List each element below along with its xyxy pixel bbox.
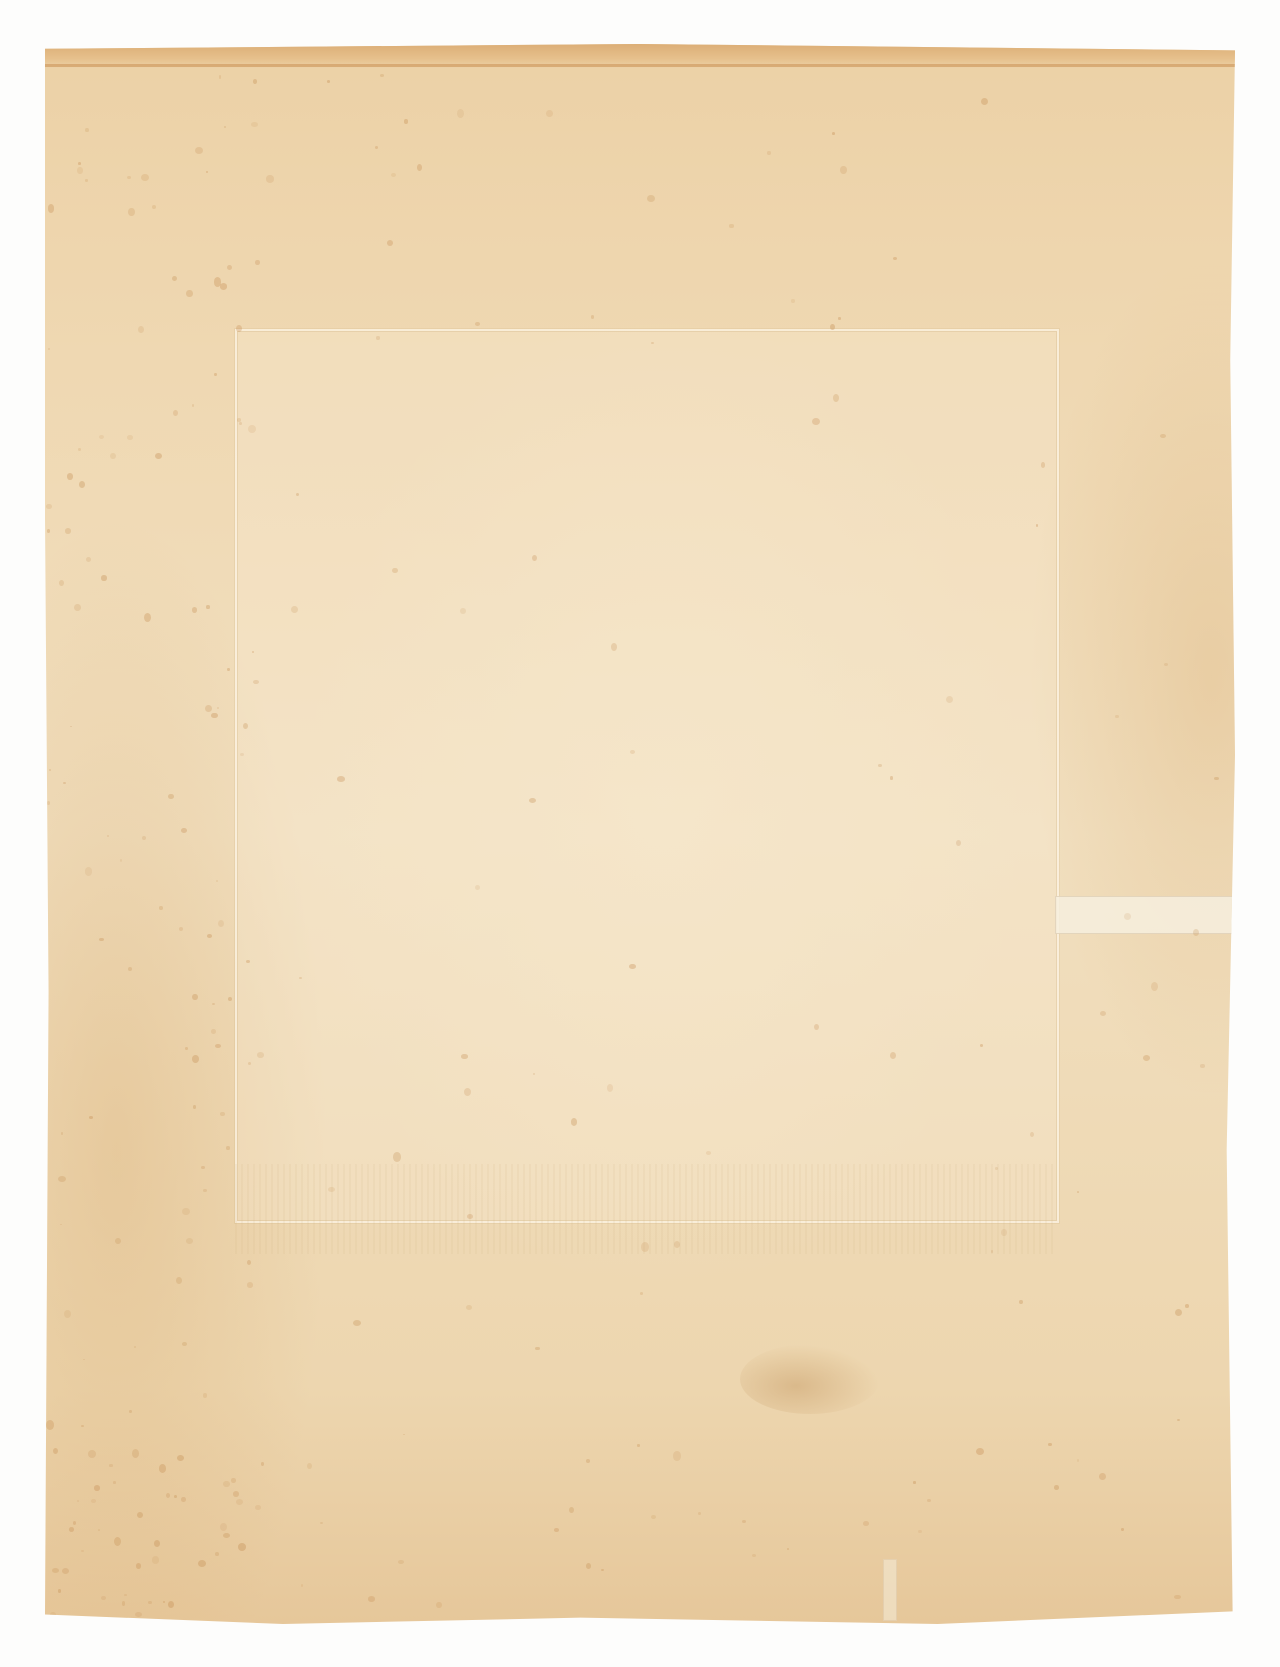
foxing-spot — [647, 195, 655, 202]
foxing-spot — [391, 173, 396, 177]
foxing-spot — [742, 1520, 746, 1523]
foxing-spot — [114, 1537, 121, 1546]
foxing-spot — [398, 1560, 404, 1564]
foxing-spot — [58, 1589, 62, 1593]
foxing-spot — [215, 1044, 221, 1049]
foxing-spot — [144, 613, 151, 622]
foxing-spot — [217, 707, 219, 709]
tape-remnant-bottom — [883, 1559, 897, 1621]
foxing-spot — [927, 1499, 931, 1502]
foxing-spot — [296, 493, 299, 496]
foxing-spot — [228, 997, 232, 1001]
foxing-spot — [216, 880, 219, 882]
foxing-spot — [193, 1105, 197, 1109]
foxing-spot — [63, 782, 65, 784]
foxing-spot — [206, 171, 209, 173]
foxing-spot — [129, 1410, 132, 1414]
foxing-spot — [166, 1493, 170, 1498]
foxing-spot — [115, 1238, 121, 1244]
foxing-spot — [128, 208, 135, 216]
foxing-spot — [832, 132, 836, 135]
foxing-spot — [99, 435, 104, 439]
foxing-spot — [122, 1601, 125, 1605]
foxing-spot — [475, 322, 479, 326]
foxing-spot — [301, 1584, 303, 1586]
foxing-spot — [137, 1512, 143, 1518]
foxing-spot — [393, 1152, 401, 1162]
foxing-spot — [65, 528, 71, 534]
foxing-spot — [1077, 1191, 1079, 1193]
foxing-spot — [206, 605, 209, 609]
foxing-spot — [571, 1118, 578, 1126]
plate-mark-hatching — [235, 1164, 1055, 1254]
foxing-spot — [98, 1529, 101, 1531]
foxing-spot — [1151, 982, 1158, 991]
foxing-spot — [1077, 1459, 1079, 1462]
foxing-spot — [192, 607, 197, 612]
foxing-spot — [159, 906, 162, 910]
foxing-spot — [181, 828, 187, 833]
foxing-spot — [172, 276, 178, 282]
foxing-spot — [47, 529, 51, 533]
foxing-spot — [81, 1550, 84, 1552]
foxing-spot — [247, 1260, 251, 1265]
foxing-spot — [86, 557, 91, 562]
foxing-spot — [569, 1507, 574, 1513]
foxing-spot — [838, 317, 841, 319]
foxing-spot — [70, 726, 72, 727]
foxing-spot — [135, 1612, 142, 1617]
foxing-spot — [152, 1556, 160, 1564]
foxing-spot — [231, 1478, 235, 1483]
foxing-spot — [1143, 1055, 1151, 1061]
foxing-spot — [211, 1029, 215, 1034]
foxing-spot — [1177, 1419, 1180, 1421]
foxing-spot — [182, 1208, 189, 1215]
foxing-spot — [74, 604, 81, 611]
foxing-spot — [168, 1601, 174, 1608]
foxing-spot — [946, 696, 953, 703]
foxing-spot — [586, 1459, 590, 1463]
foxing-spot — [227, 265, 232, 270]
foxing-spot — [205, 705, 212, 712]
foxing-spot — [192, 994, 197, 1000]
foxing-spot — [182, 1342, 187, 1346]
foxing-spot — [218, 920, 224, 927]
foxing-spot — [110, 453, 116, 459]
foxing-spot — [651, 1515, 656, 1519]
foxing-spot — [174, 1495, 176, 1498]
water-stain — [740, 1344, 880, 1414]
foxing-spot — [101, 1596, 105, 1600]
foxing-spot — [436, 1602, 442, 1608]
foxing-spot — [73, 1521, 76, 1525]
foxing-spot — [1214, 777, 1219, 781]
foxing-spot — [890, 776, 893, 779]
foxing-spot — [1019, 1300, 1023, 1304]
foxing-spot — [181, 1497, 186, 1503]
foxing-spot — [215, 1552, 219, 1556]
foxing-spot — [246, 960, 250, 963]
foxing-spot — [1030, 1132, 1034, 1137]
foxing-spot — [1115, 715, 1118, 718]
foxing-spot — [83, 1359, 85, 1361]
foxing-spot — [220, 1523, 227, 1531]
foxing-spot — [138, 326, 144, 333]
foxing-spot — [1048, 1443, 1051, 1446]
foxing-spot — [554, 1528, 559, 1532]
top-fold-seam — [45, 64, 1235, 67]
foxing-spot — [586, 1563, 591, 1569]
foxing-spot — [976, 1448, 984, 1455]
foxing-spot — [59, 580, 64, 586]
foxing-spot — [60, 1224, 62, 1225]
foxing-spot — [212, 1003, 215, 1005]
foxing-spot — [155, 453, 162, 459]
foxing-spot — [109, 1464, 112, 1467]
paper-sheet — [45, 44, 1235, 1624]
foxing-spot — [195, 147, 203, 154]
plate-mark — [235, 329, 1059, 1223]
foxing-spot — [299, 977, 302, 979]
foxing-spot — [163, 1601, 165, 1603]
foxing-spot — [233, 1491, 239, 1496]
foxing-spot — [58, 1176, 66, 1182]
foxing-spot — [328, 1187, 335, 1192]
foxing-spot — [752, 1554, 756, 1557]
foxing-spot — [252, 651, 255, 653]
foxing-spot — [387, 240, 393, 246]
foxing-spot — [1174, 1595, 1180, 1599]
foxing-spot — [791, 299, 794, 302]
foxing-spot — [99, 938, 104, 942]
foxing-spot — [52, 1568, 59, 1573]
foxing-spot — [457, 109, 464, 118]
foxing-spot — [327, 80, 330, 83]
foxing-spot — [1200, 1064, 1205, 1067]
foxing-spot — [255, 1505, 261, 1510]
foxing-spot — [224, 126, 226, 128]
foxing-spot — [61, 1132, 64, 1135]
foxing-spot — [913, 1481, 916, 1483]
foxing-spot — [46, 504, 51, 509]
foxing-spot — [173, 410, 178, 417]
foxing-spot — [227, 668, 230, 671]
foxing-spot — [85, 128, 88, 132]
foxing-spot — [128, 967, 132, 971]
foxing-spot — [91, 1499, 96, 1503]
foxing-spot — [320, 1522, 323, 1524]
foxing-spot — [236, 1499, 243, 1505]
foxing-spot — [237, 418, 241, 421]
foxing-spot — [729, 224, 733, 227]
foxing-spot — [673, 1451, 680, 1461]
foxing-spot — [1121, 1528, 1125, 1531]
foxing-spot — [375, 146, 378, 150]
foxing-spot — [461, 1054, 467, 1058]
foxing-spot — [611, 643, 617, 651]
foxing-spot — [812, 418, 820, 425]
foxing-spot — [995, 1167, 998, 1171]
foxing-spot — [69, 1527, 75, 1532]
foxing-spot — [640, 1292, 643, 1295]
foxing-spot — [81, 1425, 84, 1427]
tape-remnant-right — [1055, 896, 1237, 934]
foxing-spot — [601, 1569, 604, 1571]
foxing-spot — [637, 1444, 640, 1446]
foxing-spot — [376, 336, 379, 339]
foxing-spot — [50, 1612, 55, 1618]
foxing-spot — [546, 110, 553, 117]
foxing-spot — [1164, 663, 1168, 666]
foxing-spot — [186, 290, 193, 298]
foxing-spot — [307, 1463, 312, 1469]
foxing-spot — [176, 1277, 183, 1285]
foxing-spot — [132, 1449, 139, 1458]
foxing-spot — [1054, 1485, 1059, 1489]
foxing-spot — [207, 934, 212, 938]
foxing-spot — [214, 373, 217, 376]
foxing-spot — [89, 1116, 93, 1119]
foxing-spot — [266, 175, 273, 182]
foxing-spot — [101, 575, 106, 580]
foxing-spot — [261, 1462, 264, 1466]
foxing-spot — [238, 1543, 246, 1551]
foxing-spot — [787, 1548, 790, 1550]
foxing-spot — [698, 1512, 701, 1515]
foxing-spot — [863, 1521, 870, 1526]
foxing-spot — [85, 867, 93, 875]
foxing-spot — [48, 204, 55, 213]
foxing-spot — [127, 435, 133, 439]
foxing-spot — [203, 1189, 207, 1192]
foxing-spot — [368, 1596, 375, 1602]
foxing-spot — [154, 1540, 160, 1547]
foxing-spot — [107, 835, 109, 837]
foxing-spot — [127, 176, 131, 179]
foxing-spot — [203, 1393, 208, 1398]
foxing-spot — [239, 422, 242, 425]
foxing-spot — [223, 1481, 230, 1488]
foxing-spot — [159, 1464, 166, 1472]
foxing-spot — [49, 769, 51, 772]
foxing-spot — [177, 1455, 184, 1461]
foxing-spot — [220, 1112, 224, 1116]
foxing-spot — [403, 1434, 405, 1436]
foxing-spot — [535, 1347, 540, 1351]
foxing-spot — [1100, 1011, 1106, 1016]
foxing-spot — [533, 1073, 535, 1075]
foxing-spot — [211, 713, 217, 719]
foxing-spot — [185, 1047, 188, 1050]
foxing-spot — [417, 164, 423, 171]
foxing-spot — [77, 167, 82, 174]
foxing-spot — [591, 315, 594, 319]
foxing-spot — [142, 836, 146, 840]
foxing-spot — [46, 1420, 54, 1430]
foxing-spot — [120, 859, 122, 862]
foxing-spot — [141, 174, 149, 181]
foxing-spot — [464, 1088, 471, 1096]
foxing-spot — [78, 162, 81, 165]
foxing-spot — [67, 473, 74, 480]
foxing-spot — [255, 260, 260, 265]
foxing-spot — [1099, 1473, 1106, 1480]
foxing-spot — [179, 927, 183, 931]
foxing-spot — [219, 75, 222, 78]
foxing-spot — [466, 1305, 472, 1311]
foxing-spot — [257, 1052, 264, 1058]
foxing-spot — [94, 1485, 100, 1490]
foxing-spot — [460, 608, 466, 614]
foxing-spot — [1001, 1229, 1007, 1235]
foxing-spot — [337, 776, 345, 782]
foxing-spot — [1193, 929, 1200, 937]
foxing-spot — [840, 166, 846, 174]
foxing-spot — [124, 1594, 126, 1596]
foxing-spot — [201, 1166, 205, 1170]
foxing-spot — [192, 404, 194, 407]
foxing-spot — [630, 750, 635, 754]
foxing-spot — [253, 79, 257, 84]
foxing-spot — [247, 1282, 254, 1288]
foxing-spot — [62, 1568, 69, 1574]
foxing-spot — [893, 257, 897, 260]
foxing-spot — [830, 324, 835, 330]
foxing-spot — [220, 283, 227, 289]
foxing-spot — [1175, 1309, 1182, 1316]
foxing-spot — [85, 179, 89, 182]
foxing-spot — [353, 1320, 361, 1326]
foxing-spot — [981, 98, 988, 105]
foxing-spot — [136, 1563, 141, 1569]
foxing-spot — [88, 1450, 96, 1458]
foxing-spot — [192, 1055, 199, 1063]
foxing-spot — [890, 1052, 896, 1059]
foxing-spot — [404, 119, 408, 123]
foxing-spot — [651, 342, 653, 344]
foxing-spot — [767, 151, 771, 154]
foxing-spot — [79, 481, 85, 488]
foxing-spot — [1185, 1304, 1189, 1308]
foxing-spot — [641, 1242, 649, 1252]
foxing-spot — [198, 1560, 206, 1567]
foxing-spot — [380, 74, 384, 77]
foxing-spot — [833, 394, 839, 402]
foxing-spot — [251, 122, 258, 127]
foxing-spot — [226, 1146, 230, 1149]
foxing-spot — [223, 1533, 230, 1538]
foxing-spot — [152, 205, 156, 209]
foxing-spot — [168, 794, 174, 800]
foxing-spot — [64, 1310, 71, 1319]
foxing-spot — [47, 801, 50, 805]
foxing-spot — [48, 348, 50, 350]
foxing-spot — [134, 1346, 136, 1348]
foxing-spot — [53, 1448, 58, 1454]
foxing-spot — [706, 1151, 711, 1155]
foxing-spot — [186, 1238, 193, 1244]
foxing-spot — [148, 1601, 152, 1604]
foxing-spot — [113, 1481, 115, 1484]
foxing-spot — [1160, 434, 1166, 438]
foxing-spot — [77, 1500, 80, 1502]
foxing-spot — [918, 1530, 922, 1533]
foxing-spot — [78, 448, 82, 452]
